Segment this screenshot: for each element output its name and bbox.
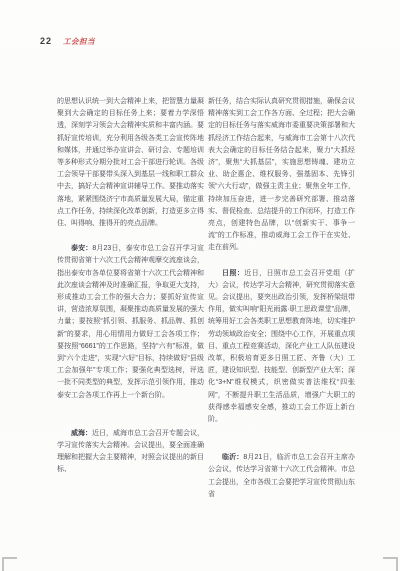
page-header: 22 工会担当 — [40, 36, 95, 47]
magazine-page-scan: 22 工会担当 的思想认识统一到大会精神上来，把智慧力量凝聚到大会确定的目标任务… — [0, 0, 400, 571]
city-lead: 威海： — [71, 430, 92, 437]
paragraph: 泰安：8月23日，泰安市总工会召开学习宣传贯彻省第十六次工代会精神观摩交流座谈会… — [57, 243, 204, 402]
next-page-corner-mark-left — [2, 557, 17, 571]
paragraph: 新任务，结合实际认真研究贯彻措施，确保会议精神落实到工会工作各方面、全过程；把大… — [208, 96, 355, 255]
city-lead: 日照： — [222, 270, 244, 277]
paragraph: 的思想认识统一到大会精神上来，把智慧力量凝聚到大会确定的目标任务上来；要着力学深… — [57, 96, 204, 230]
city-lead: 临沂： — [222, 454, 243, 461]
text-column-right: 新任务，结合实际认真研究贯彻措施，确保会议精神落实到工会工作各方面、全过程；把大… — [208, 96, 355, 501]
next-page-corner-mark-right — [383, 557, 398, 571]
city-lead: 泰安： — [71, 245, 92, 252]
paragraph: 日照：近日，日照市总工会召开党组（扩大）会议，传达学习大会精神，研究贯彻落实意见… — [208, 268, 355, 427]
section-title: 工会担当 — [63, 36, 95, 47]
paragraph: 临沂：8月21日，临沂市总工会召开主席办公会议，传达学习省第十六次工代会精神。市… — [208, 452, 355, 501]
paragraph: 威海：近日，威海市总工会召开专题会议，学习宣传落实大会精神。会议提出，要全面准确… — [57, 428, 204, 477]
text-column-left: 的思想认识统一到大会精神上来，把智慧力量凝聚到大会确定的目标任务上来；要着力学深… — [57, 96, 204, 477]
page-number: 22 — [40, 36, 52, 46]
